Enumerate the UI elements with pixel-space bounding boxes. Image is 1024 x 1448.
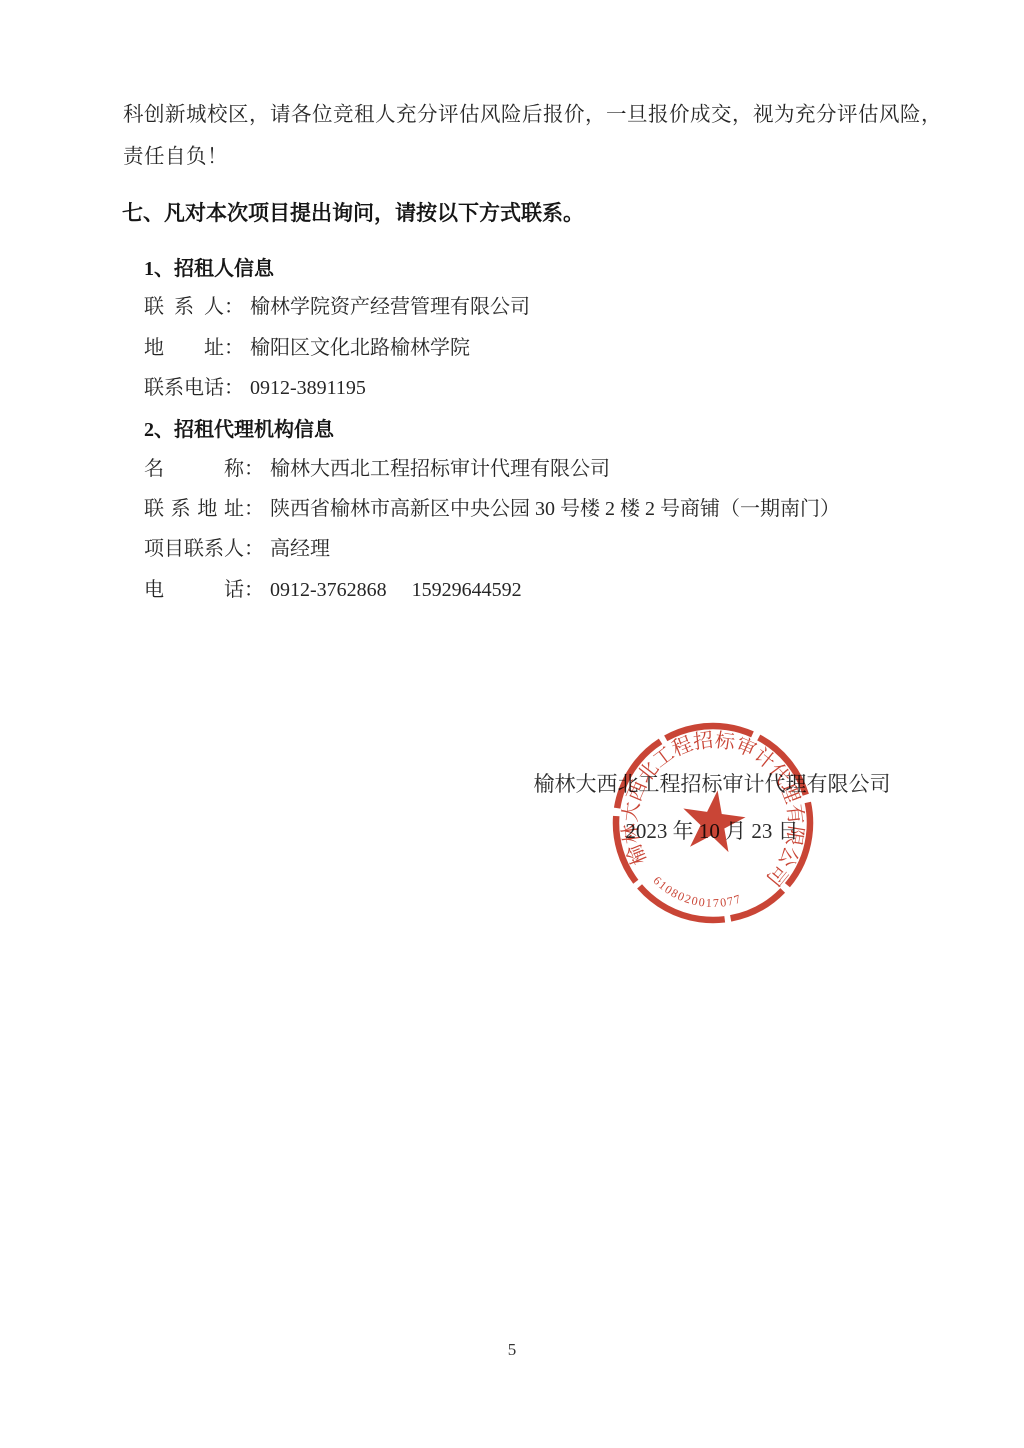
lessor-contact-value: 榆林学院资产经营管理有限公司	[250, 296, 530, 318]
intro-paragraph-line1: 科创新城校区，请各位竞租人充分评估风险后报价，一旦报价成交，视为充分评估风险，	[123, 97, 942, 127]
agency-name-value: 榆林大西北工程招标审计代理有限公司	[270, 458, 610, 480]
lessor-phone-row: 联系电话：0912-3891195	[144, 371, 366, 400]
agency-contact-row: 项目联系人：高经理	[144, 532, 330, 561]
lessor-contact-label: 联系人	[144, 290, 224, 319]
page-number: 5	[0, 1340, 1024, 1360]
label-colon: ：	[224, 290, 244, 319]
label-colon: ：	[224, 331, 244, 360]
label-colon: ：	[244, 452, 264, 481]
agency-address-value: 陕西省榆林市高新区中央公园 30 号楼 2 楼 2 号商铺（一期南门）	[270, 498, 840, 520]
label-colon: ：	[244, 532, 264, 561]
lessor-info-title: 1、招租人信息	[144, 252, 274, 281]
agency-info-title: 2、招租代理机构信息	[144, 413, 334, 442]
agency-name-label: 名称	[144, 452, 244, 481]
agency-phone-value: 0912-3762868 15929644592	[270, 579, 522, 601]
agency-contact-label: 项目联系人	[144, 532, 244, 561]
label-colon: ：	[244, 492, 264, 521]
signature-block: 榆林大西北工程招标审计代理有限公司 2023 年 10 月 23 日	[452, 768, 972, 845]
lessor-address-value: 榆阳区文化北路榆林学院	[250, 337, 470, 359]
label-colon: ：	[224, 371, 244, 400]
label-colon: ：	[244, 573, 264, 602]
signature-company-name: 榆林大西北工程招标审计代理有限公司	[452, 768, 972, 798]
document-page: 科创新城校区，请各位竞租人充分评估风险后报价，一旦报价成交，视为充分评估风险， …	[0, 0, 1024, 1448]
section-heading: 七、凡对本次项目提出询问，请按以下方式联系。	[122, 197, 584, 227]
agency-contact-value: 高经理	[270, 538, 330, 560]
agency-address-label: 联系地址	[144, 492, 244, 521]
lessor-phone-value: 0912-3891195	[250, 377, 366, 399]
signature-date: 2023 年 10 月 23 日	[452, 815, 972, 845]
agency-phone-row: 电话：0912-3762868 15929644592	[144, 573, 522, 602]
agency-phone-label: 电话	[144, 573, 244, 602]
lessor-contact-row: 联系人：榆林学院资产经营管理有限公司	[144, 290, 530, 319]
lessor-address-label: 地址	[144, 331, 224, 360]
lessor-address-row: 地址：榆阳区文化北路榆林学院	[144, 331, 470, 360]
agency-address-row: 联系地址：陕西省榆林市高新区中央公园 30 号楼 2 楼 2 号商铺（一期南门）	[144, 492, 840, 521]
intro-paragraph-line2: 责任自负！	[123, 139, 228, 169]
seal-serial-number: 6108020017077	[648, 872, 746, 915]
lessor-phone-label: 联系电话	[144, 371, 224, 400]
agency-name-row: 名称：榆林大西北工程招标审计代理有限公司	[144, 452, 610, 481]
